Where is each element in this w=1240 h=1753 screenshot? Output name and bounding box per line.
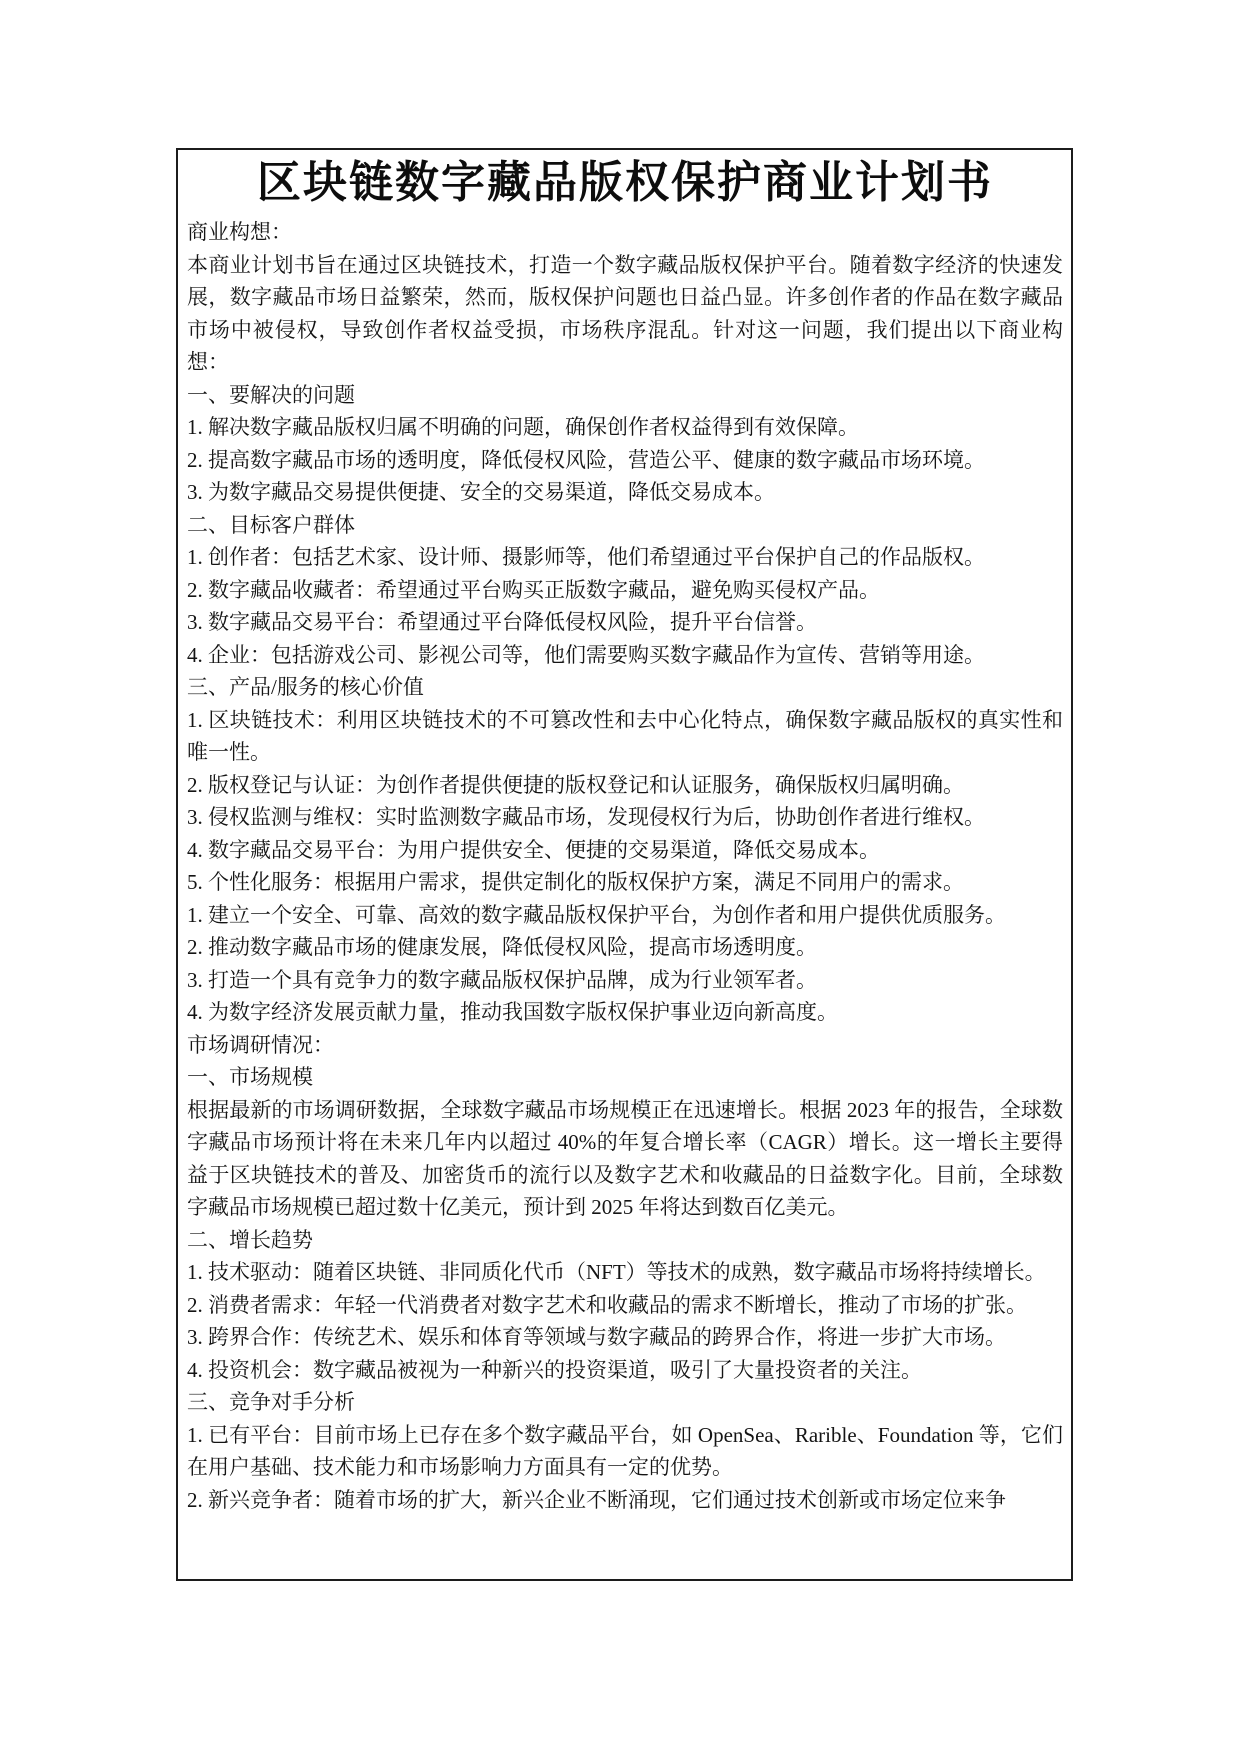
paragraph: 1. 技术驱动：随着区块链、非同质化代币（NFT）等技术的成熟，数字藏品市场将持… <box>187 1256 1063 1289</box>
paragraph: 三、产品/服务的核心价值 <box>187 671 1063 704</box>
paragraph: 一、市场规模 <box>187 1061 1063 1094</box>
paragraph: 根据最新的市场调研数据，全球数字藏品市场规模正在迅速增长。根据 2023 年的报… <box>187 1094 1063 1224</box>
paragraph: 2. 推动数字藏品市场的健康发展，降低侵权风险，提高市场透明度。 <box>187 931 1063 964</box>
document-body: 商业构想：本商业计划书旨在通过区块链技术，打造一个数字藏品版权保护平台。随着数字… <box>187 216 1063 1516</box>
paragraph: 三、竞争对手分析 <box>187 1386 1063 1419</box>
paragraph: 4. 企业：包括游戏公司、影视公司等，他们需要购买数字藏品作为宣传、营销等用途。 <box>187 639 1063 672</box>
paragraph: 一、要解决的问题 <box>187 379 1063 412</box>
paragraph: 2. 提高数字藏品市场的透明度，降低侵权风险，营造公平、健康的数字藏品市场环境。 <box>187 444 1063 477</box>
paragraph: 5. 个性化服务：根据用户需求，提供定制化的版权保护方案，满足不同用户的需求。 <box>187 866 1063 899</box>
paragraph: 2. 数字藏品收藏者：希望通过平台购买正版数字藏品，避免购买侵权产品。 <box>187 574 1063 607</box>
paragraph: 3. 打造一个具有竞争力的数字藏品版权保护品牌，成为行业领军者。 <box>187 964 1063 997</box>
document-title: 区块链数字藏品版权保护商业计划书 <box>187 150 1063 216</box>
paragraph: 二、增长趋势 <box>187 1224 1063 1257</box>
paragraph: 3. 数字藏品交易平台：希望通过平台降低侵权风险，提升平台信誉。 <box>187 606 1063 639</box>
paragraph: 4. 为数字经济发展贡献力量，推动我国数字版权保护事业迈向新高度。 <box>187 996 1063 1029</box>
paragraph: 4. 投资机会：数字藏品被视为一种新兴的投资渠道，吸引了大量投资者的关注。 <box>187 1354 1063 1387</box>
paragraph: 1. 建立一个安全、可靠、高效的数字藏品版权保护平台，为创作者和用户提供优质服务… <box>187 899 1063 932</box>
paragraph: 4. 数字藏品交易平台：为用户提供安全、便捷的交易渠道，降低交易成本。 <box>187 834 1063 867</box>
paragraph: 1. 解决数字藏品版权归属不明确的问题，确保创作者权益得到有效保障。 <box>187 411 1063 444</box>
paragraph: 2. 新兴竞争者：随着市场的扩大，新兴企业不断涌现，它们通过技术创新或市场定位来… <box>187 1484 1063 1517</box>
paragraph: 本商业计划书旨在通过区块链技术，打造一个数字藏品版权保护平台。随着数字经济的快速… <box>187 249 1063 379</box>
paragraph: 市场调研情况： <box>187 1029 1063 1062</box>
paragraph: 2. 消费者需求：年轻一代消费者对数字艺术和收藏品的需求不断增长，推动了市场的扩… <box>187 1289 1063 1322</box>
paragraph: 二、目标客户群体 <box>187 509 1063 542</box>
paragraph: 1. 已有平台：目前市场上已存在多个数字藏品平台，如 OpenSea、Rarib… <box>187 1419 1063 1484</box>
document-border-box: 区块链数字藏品版权保护商业计划书 商业构想：本商业计划书旨在通过区块链技术，打造… <box>176 148 1073 1581</box>
paragraph: 1. 区块链技术：利用区块链技术的不可篡改性和去中心化特点，确保数字藏品版权的真… <box>187 704 1063 769</box>
paragraph: 3. 侵权监测与维权：实时监测数字藏品市场，发现侵权行为后，协助创作者进行维权。 <box>187 801 1063 834</box>
paragraph: 1. 创作者：包括艺术家、设计师、摄影师等，他们希望通过平台保护自己的作品版权。 <box>187 541 1063 574</box>
paragraph: 2. 版权登记与认证：为创作者提供便捷的版权登记和认证服务，确保版权归属明确。 <box>187 769 1063 802</box>
paragraph: 3. 为数字藏品交易提供便捷、安全的交易渠道，降低交易成本。 <box>187 476 1063 509</box>
paragraph: 3. 跨界合作：传统艺术、娱乐和体育等领域与数字藏品的跨界合作，将进一步扩大市场… <box>187 1321 1063 1354</box>
paragraph: 商业构想： <box>187 216 1063 249</box>
